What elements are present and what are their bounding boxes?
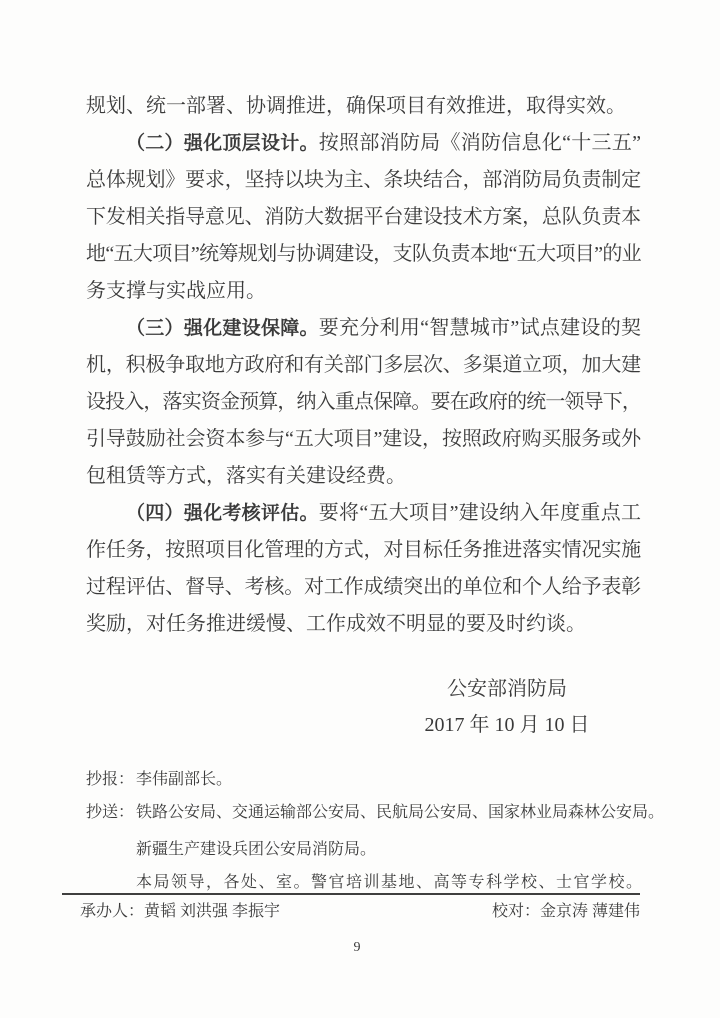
body-text-segment: 务支撑与实战应用。 — [86, 280, 266, 302]
body-line: 下发相关指导意见、消防大数据平台建设技术方案，总队负责本 — [86, 199, 641, 236]
notation-text: 李伟副部长。 — [136, 763, 642, 796]
notation-text: 铁路公安局、交通运输部公安局、民航局公安局、国家林业局森林公安局。 — [136, 796, 664, 829]
body-text-segment: 下发相关指导意见、消防大数据平台建设技术方案，总队负责本 — [86, 206, 641, 228]
body-text-segment: 作任务，按照项目化管理的方式，对目标任务推进落实情况实施 — [86, 539, 641, 561]
document-body: 规划、统一部署、协调推进，确保项目有效推进，取得实效。（二）强化顶层设计。按照部… — [86, 88, 641, 643]
signature-date: 2017 年 10 月 10 日 — [387, 707, 627, 743]
body-line: 奖励，对任务推进缓慢、工作成效不明显的要及时约谈。 — [86, 606, 641, 643]
footer-row: 承办人：黄韬 刘洪强 李振宇 校对：金京涛 薄建伟 — [80, 901, 640, 923]
body-line: 作任务，按照项目化管理的方式，对目标任务推进落实情况实施 — [86, 532, 641, 569]
body-line: 地“五大项目”统筹规划与协调建设，支队负责本地“五大项目”的业 — [86, 236, 641, 273]
body-text-segment: 机，积极争取地方政府和有关部门多层次、多渠道立项，加大建 — [86, 354, 641, 376]
body-line: 引导鼓励社会资本参与“五大项目”建设，按照政府购买服务或外 — [86, 421, 641, 458]
body-line: 设投入，落实资金预算，纳入重点保障。要在政府的统一领导下， — [86, 384, 641, 421]
body-text-segment: 总体规划》要求，坚持以块为主、条块结合，部消防局负责制定 — [86, 169, 641, 191]
notation-label: 抄送： — [86, 796, 136, 829]
body-line: 规划、统一部署、协调推进，确保项目有效推进，取得实效。 — [86, 88, 641, 125]
body-text-segment: 过程评估、督导、考核。对工作成绩突出的单位和个人给予表彰 — [86, 576, 641, 598]
notation-block: 抄报：李伟副部长。抄送：铁路公安局、交通运输部公安局、民航局公安局、国家林业局森… — [86, 763, 642, 899]
notation-label: 抄报： — [86, 763, 136, 796]
body-text-segment: 奖励，对任务推进缓慢、工作成效不明显的要及时约谈。 — [86, 613, 586, 635]
body-text-segment: 地“五大项目”统筹规划与协调建设，支队负责本地“五大项目”的业 — [86, 243, 641, 265]
footer-divider — [62, 893, 640, 895]
signature-block: 公安部消防局 2017 年 10 月 10 日 — [387, 671, 627, 743]
body-text-segment: 要将“五大项目”建设纳入年度重点工 — [319, 502, 641, 524]
page-number: 9 — [0, 940, 714, 956]
notation-text: 新疆生产建设兵团公安局消防局。 — [136, 833, 642, 866]
notation-row: 抄送：铁路公安局、交通运输部公安局、民航局公安局、国家林业局森林公安局。 — [86, 796, 642, 829]
body-text-segment: 按照部消防局《消防信息化“十三五” — [319, 132, 641, 154]
body-line: （四）强化考核评估。要将“五大项目”建设纳入年度重点工 — [86, 495, 641, 532]
body-text-segment: 要充分利用“智慧城市”试点建设的契 — [319, 317, 641, 339]
body-heading-segment: （四）强化考核评估。 — [126, 503, 319, 524]
notation-row: 新疆生产建设兵团公安局消防局。 — [86, 833, 642, 866]
body-line: 务支撑与实战应用。 — [86, 273, 641, 310]
body-line: （三）强化建设保障。要充分利用“智慧城市”试点建设的契 — [86, 310, 641, 347]
signature-org: 公安部消防局 — [387, 671, 627, 707]
drafters-label: 承办人：黄韬 刘洪强 李振宇 — [80, 901, 280, 923]
body-text-segment: 引导鼓励社会资本参与“五大项目”建设，按照政府购买服务或外 — [86, 428, 641, 450]
body-text-segment: 设投入，落实资金预算，纳入重点保障。要在政府的统一领导下， — [86, 391, 641, 413]
body-line: 机，积极争取地方政府和有关部门多层次、多渠道立项，加大建 — [86, 347, 641, 384]
body-line: （二）强化顶层设计。按照部消防局《消防信息化“十三五” — [86, 125, 641, 162]
body-line: 总体规划》要求，坚持以块为主、条块结合，部消防局负责制定 — [86, 162, 641, 199]
body-text-segment: 包租赁等方式，落实有关建设经费。 — [86, 465, 406, 487]
notation-label — [86, 833, 136, 866]
body-text-segment: 规划、统一部署、协调推进，确保项目有效推进，取得实效。 — [86, 95, 626, 117]
document-page: 规划、统一部署、协调推进，确保项目有效推进，取得实效。（二）强化顶层设计。按照部… — [0, 0, 720, 1018]
notation-row: 抄报：李伟副部长。 — [86, 763, 642, 796]
body-heading-segment: （三）强化建设保障。 — [126, 318, 319, 339]
body-line: 过程评估、督导、考核。对工作成绩突出的单位和个人给予表彰 — [86, 569, 641, 606]
body-heading-segment: （二）强化顶层设计。 — [126, 133, 319, 154]
proofreaders-label: 校对：金京涛 薄建伟 — [492, 901, 640, 923]
body-line: 包租赁等方式，落实有关建设经费。 — [86, 458, 641, 495]
